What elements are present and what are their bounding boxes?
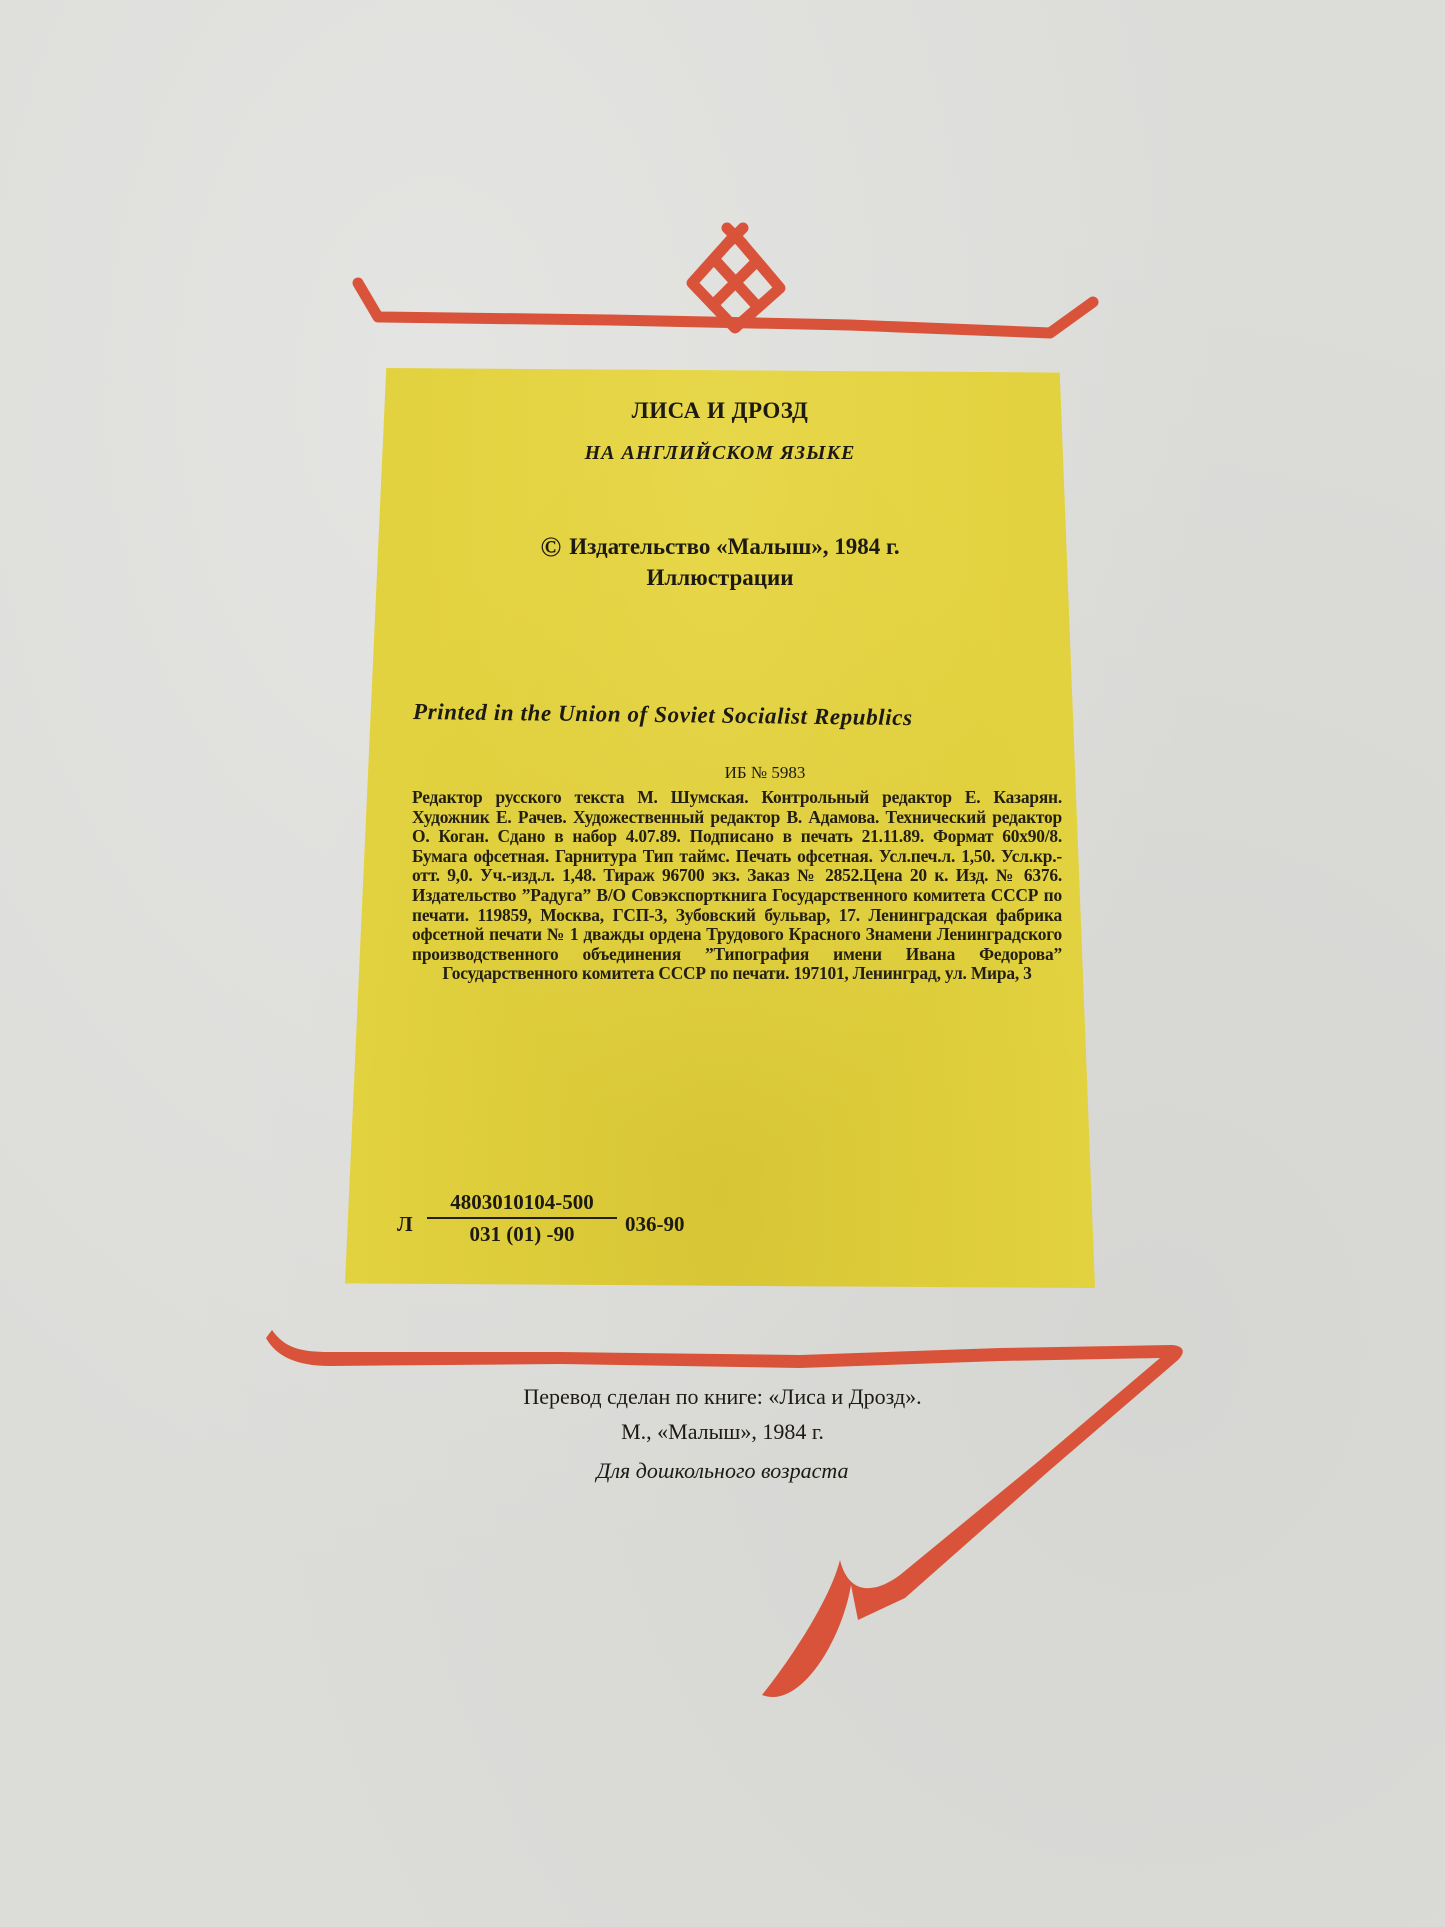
catalog-code-numerator: 4803010104-500 [427, 1190, 617, 1219]
imprint-card: ЛИСА И ДРОЗД НА АНГЛИЙСКОМ ЯЗЫКЕ ©Издате… [345, 368, 1095, 1288]
catalog-code-prefix: Л [397, 1212, 413, 1237]
printed-in-statement: Printed in the Union of Soviet Socialist… [413, 699, 913, 731]
ib-number: ИБ № 5983 [345, 763, 1095, 783]
book-imprint-page: ЛИСА И ДРОЗД НА АНГЛИЙСКОМ ЯЗЫКЕ ©Издате… [0, 0, 1445, 1927]
imprint-text: Редактор русского текста М. Шумская. Кон… [412, 788, 1062, 984]
copyright-icon: © [540, 532, 561, 564]
imprint-details: Редактор русского текста М. Шумская. Кон… [412, 788, 1062, 984]
diamond-lattice-bracket-icon [358, 228, 1093, 333]
catalog-code: Л 4803010104-500 031 (01) -90 036-90 [397, 1190, 717, 1260]
book-title: ЛИСА И ДРОЗД [345, 398, 1095, 424]
catalog-code-fraction: 4803010104-500 031 (01) -90 [427, 1190, 617, 1247]
publisher-line: М., «Малыш», 1984 г. [0, 1419, 1445, 1445]
catalog-code-suffix: 036-90 [625, 1212, 685, 1237]
catalog-code-denominator: 031 (01) -90 [427, 1219, 617, 1247]
copyright-text: Издательство «Малыш», 1984 г. [569, 534, 899, 559]
translation-source-line: Перевод сделан по книге: «Лиса и Дрозд». [0, 1384, 1445, 1410]
copyright-line: ©Издательство «Малыш», 1984 г. [345, 532, 1095, 564]
language-subtitle: НА АНГЛИЙСКОМ ЯЗЫКЕ [345, 442, 1095, 465]
age-group-line: Для дошкольного возраста [0, 1458, 1445, 1484]
illustrations-label: Иллюстрации [345, 565, 1095, 591]
